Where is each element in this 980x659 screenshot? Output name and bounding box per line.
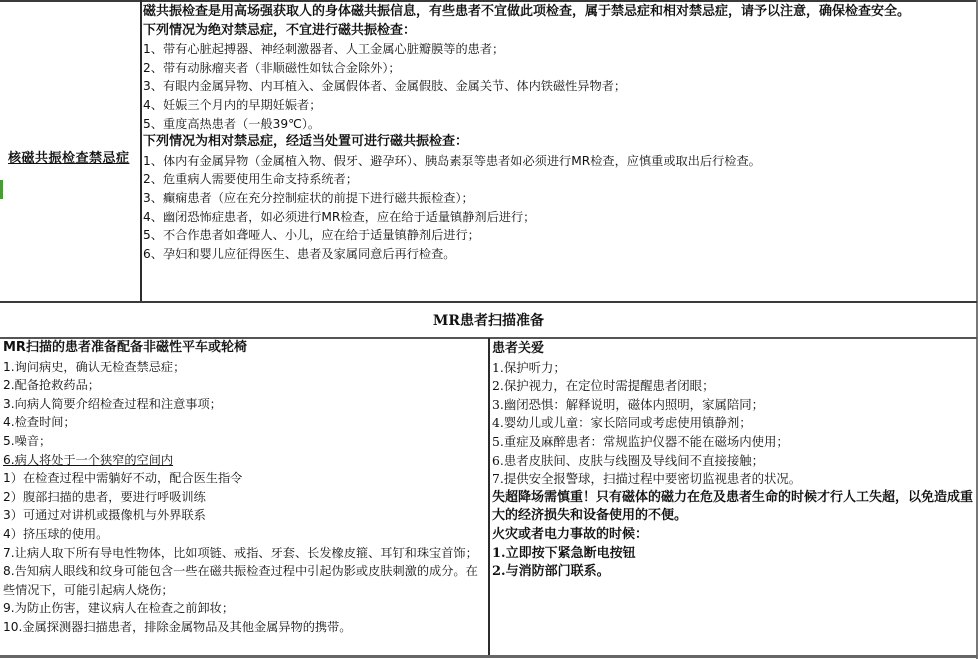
- care-item: 4.婴幼儿或儿童：家长陪同或考虑使用镇静剂；: [492, 414, 974, 433]
- absolute-item: 1、带有心脏起搏器、神经刺激器者、人工金属心脏瓣膜等的患者；: [143, 40, 973, 59]
- patient-care-column: 患者关爱 1.保护听力； 2.保护视力，在定位时需提醒患者闭眼； 3.幽闭恐惧：…: [492, 340, 974, 582]
- relative-item: 4、幽闭恐怖症患者，如必须进行MR检查，应在给于适量镇静剂后进行；: [143, 208, 973, 227]
- relative-item: 1、体内有金属异物（金属植入物、假牙、避孕环）、胰岛素泵等患者如必须进行MR检查…: [143, 152, 973, 171]
- prep-item: 8.告知病人眼线和纹身可能包含一些在磁共振检查过程中引起伪影或皮肤刺激的成分。在…: [3, 562, 487, 599]
- care-item: 7.提供安全报警球，扫描过程中要密切监视患者的状况。: [492, 470, 974, 489]
- patient-prep-heading: MR扫描的患者准备配备非磁性平车或轮椅: [3, 339, 487, 358]
- patient-care-heading: 患者关爱: [492, 340, 974, 359]
- prep-item: 9.为防止伤害，建议病人在检查之前卸妆；: [3, 599, 487, 618]
- label-column-divider: [140, 0, 142, 302]
- care-item: 6.患者皮肤间、皮肤与线圈及导线间不直接接触；: [492, 452, 974, 471]
- absolute-contraindications-heading: 下列情况为绝对禁忌症，不宜进行磁共振检查：: [143, 22, 973, 41]
- prep-item: 3.向病人简要介绍检查过程和注意事项；: [3, 395, 487, 414]
- fire-emergency-item: 2.与消防部门联系。: [492, 563, 974, 582]
- care-item: 3.幽闭恐惧：解释说明，磁体内照明，家属陪同；: [492, 396, 974, 415]
- contraindications-content: 磁共振检查是用高场强获取人的身体磁共振信息，有些患者不宜做此项检查，属于禁忌症和…: [143, 3, 973, 263]
- relative-contraindications-heading: 下列情况为相对禁忌症，经适当处置可进行磁共振检查：: [143, 133, 973, 152]
- contraindications-intro: 磁共振检查是用高场强获取人的身体磁共振信息，有些患者不宜做此项检查，属于禁忌症和…: [143, 3, 973, 22]
- prep-subitem: 2）腹部扫描的患者，要进行呼吸训练: [3, 488, 487, 507]
- prep-item: 10.金属探测器扫描患者，排除金属物品及其他金属异物的携带。: [3, 618, 487, 637]
- absolute-item: 3、有眼内金属异物、内耳植入、金属假体者、金属假肢、金属关节、体内铁磁性异物者；: [143, 77, 973, 96]
- prep-column-divider: [488, 338, 490, 656]
- absolute-item: 2、带有动脉瘤夹者（非顺磁性如钛合金除外）；: [143, 59, 973, 78]
- relative-item: 3、癫痫患者（应在充分控制症状的前提下进行磁共振检查）；: [143, 189, 973, 208]
- fire-emergency-heading: 火灾或者电力事故的时候：: [492, 526, 974, 545]
- care-item: 2.保护视力，在定位时需提醒患者闭眼；: [492, 377, 974, 396]
- prep-subitem: 4）挤压球的使用。: [3, 525, 487, 544]
- mri-safety-sheet: 核磁共振检查禁忌症 磁共振检查是用高场强获取人的身体磁共振信息，有些患者不宜做此…: [0, 0, 980, 659]
- prep-item: 4.检查时间；: [3, 413, 487, 432]
- prep-item: 5.噪音；: [3, 432, 487, 451]
- relative-item: 5、不合作患者如聋哑人、小儿，应在给于适量镇静剂后进行；: [143, 226, 973, 245]
- contraindications-label: 核磁共振检查禁忌症: [8, 147, 130, 166]
- bottom-border: [0, 655, 977, 658]
- prep-item: 2.配备抢救药品；: [3, 376, 487, 395]
- fire-emergency-item: 1.立即按下紧急断电按钮: [492, 545, 974, 564]
- prep-item: 6.病人将处于一个狭窄的空间内: [3, 451, 487, 470]
- quench-warning: 失超降场需慎重！只有磁体的磁力在危及患者生命的时候才行人工失超，以免造成重大的经…: [492, 489, 974, 526]
- prep-subitem: 3）可通过对讲机或摄像机与外界联系: [3, 506, 487, 525]
- relative-item: 6、孕妇和婴儿应征得医生、患者及家属同意后再行检查。: [143, 245, 973, 264]
- prep-subitem: 1）在检查过程中需躺好不动，配合医生指令: [3, 469, 487, 488]
- prep-item: 7.让病人取下所有导电性物体，比如项链、戒指、牙套、长发橡皮箍、耳钉和珠宝首饰；: [3, 544, 487, 563]
- contraindications-label-cell: 核磁共振检查禁忌症: [0, 2, 140, 302]
- top-border: [0, 0, 977, 2]
- absolute-item: 5、重度高热患者（一般39℃）。: [143, 115, 973, 134]
- scan-prep-title: MR患者扫描准备: [0, 302, 977, 338]
- absolute-item: 4、妊娠三个月内的早期妊娠者；: [143, 96, 973, 115]
- patient-prep-column: MR扫描的患者准备配备非磁性平车或轮椅 1.询问病史，确认无检查禁忌症； 2.配…: [3, 339, 487, 637]
- prep-item: 1.询问病史，确认无检查禁忌症；: [3, 358, 487, 377]
- relative-item: 2、危重病人需要使用生命支持系统者；: [143, 170, 973, 189]
- care-item: 5.重症及麻醉患者：常规监护仪器不能在磁场内使用；: [492, 433, 974, 452]
- care-item: 1.保护听力；: [492, 359, 974, 378]
